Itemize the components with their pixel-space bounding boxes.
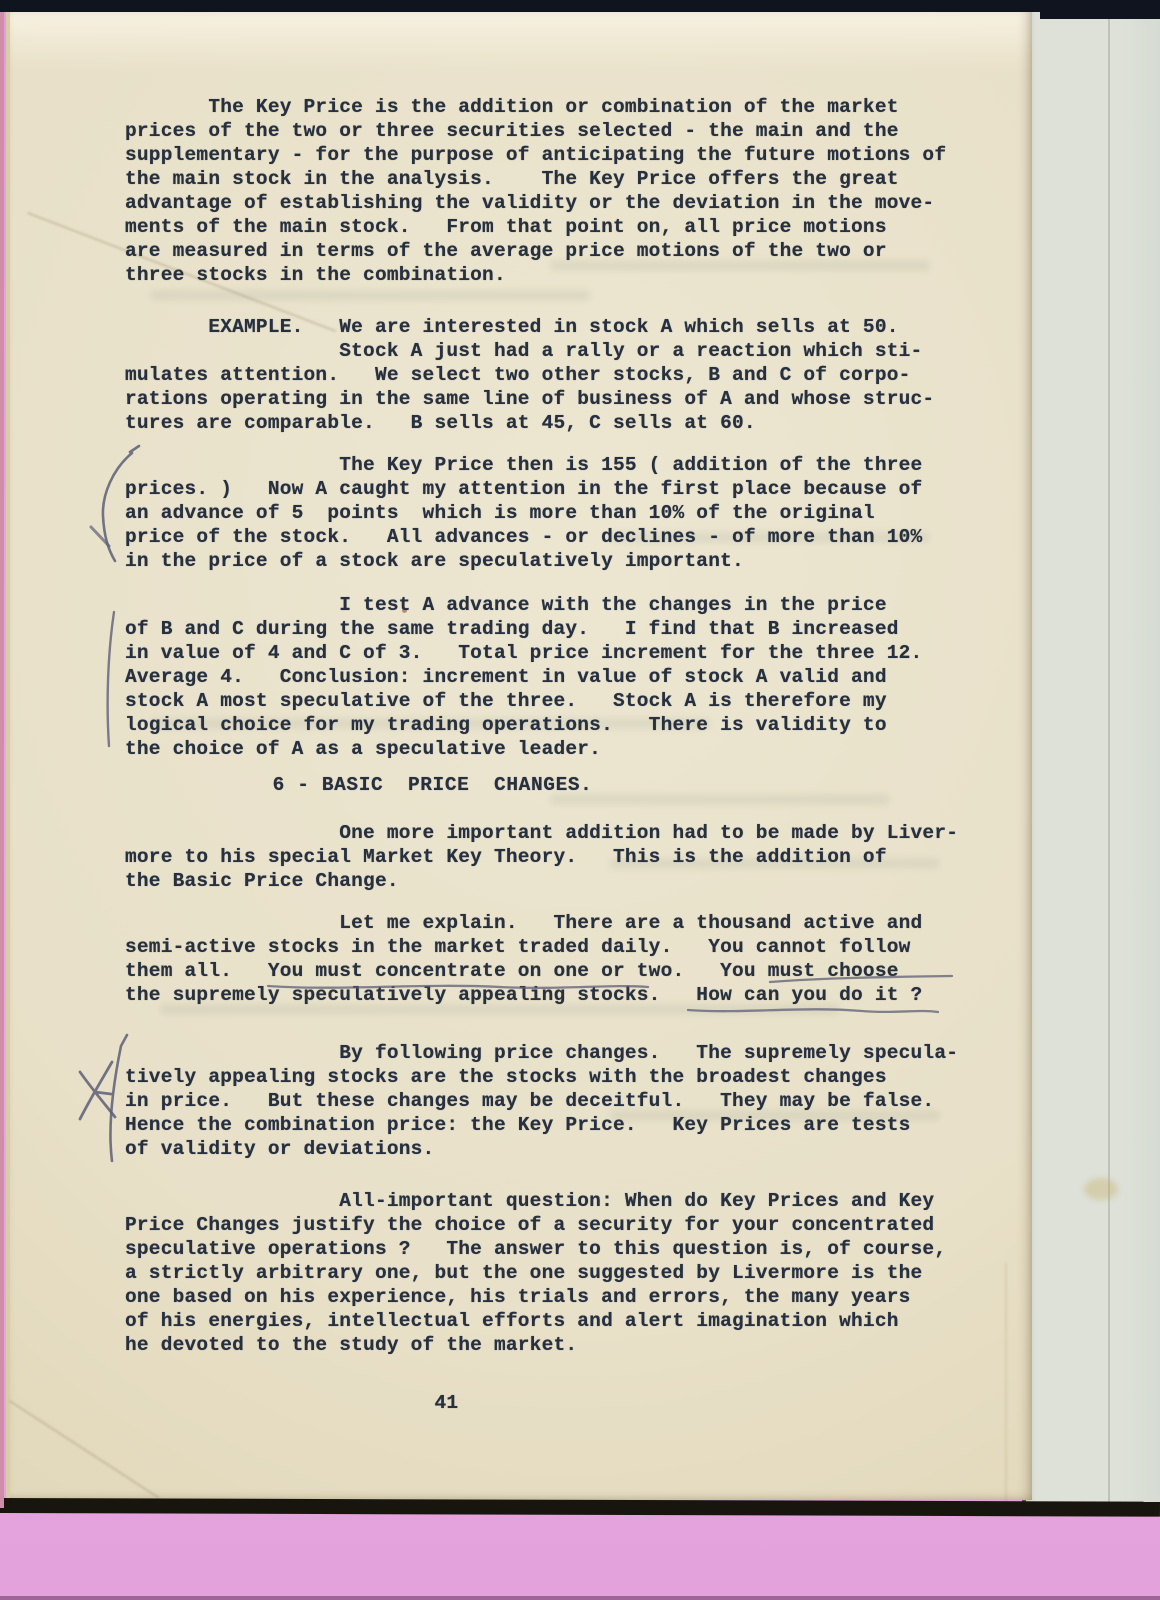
text-line: in the price of a stock are speculativel… (125, 549, 958, 573)
text-line: one based on his experience, his trials … (125, 1285, 958, 1309)
paragraph: All-important question: When do Key Pric… (125, 1189, 958, 1357)
text-line: the Basic Price Change. (125, 869, 958, 893)
text-line: mulates attention. We select two other s… (125, 363, 958, 387)
scan-top-edge-right (1040, 0, 1160, 19)
text-line: The Key Price is the addition or combina… (125, 95, 958, 119)
paragraph: The Key Price then is 155 ( addition of … (125, 453, 958, 573)
text-line: 6 - BASIC PRICE CHANGES. (125, 773, 958, 797)
text-line: in value of 4 and C of 3. Total price in… (125, 641, 958, 665)
text-line: rations operating in the same line of bu… (125, 387, 958, 411)
text-line: One more important addition had to be ma… (125, 821, 958, 845)
book-scan: The Key Price is the addition or combina… (0, 0, 1160, 1600)
text-line: Average 4. Conclusion: increment in valu… (125, 665, 958, 689)
text-line: Let me explain. There are a thousand act… (125, 911, 958, 935)
text-line: The Key Price then is 155 ( addition of … (125, 453, 958, 477)
text-line: stock A most speculative of the three. S… (125, 689, 958, 713)
text-line: supplementary - for the purpose of antic… (125, 143, 958, 167)
text-line: in price. But these changes may be decei… (125, 1089, 958, 1113)
page-edge-crease (1108, 10, 1110, 1502)
text-line: Hence the combination price: the Key Pri… (125, 1113, 958, 1137)
adjacent-page-edge (1022, 10, 1160, 1502)
text-line: three stocks in the combination. (125, 263, 958, 287)
typewritten-page: The Key Price is the addition or combina… (6, 12, 1032, 1500)
text-line: I test A advance with the changes in the… (125, 593, 958, 617)
paragraph: EXAMPLE. We are interested in stock A wh… (125, 315, 958, 435)
scan-bottom-edge (0, 1596, 1160, 1600)
text-line: more to his special Market Key Theory. T… (125, 845, 958, 869)
text-line: prices of the two or three securities se… (125, 119, 958, 143)
backdrop-left-sliver (0, 12, 4, 1508)
text-line: All-important question: When do Key Pric… (125, 1189, 958, 1213)
paragraph: One more important addition had to be ma… (125, 821, 958, 893)
text-line: he devoted to the study of the market. (125, 1333, 958, 1357)
text-line: tures are comparable. B sells at 45, C s… (125, 411, 958, 435)
text-line: ments of the main stock. From that point… (125, 215, 958, 239)
scan-top-edge (0, 0, 1160, 12)
text-line: Price Changes justify the choice of a se… (125, 1213, 958, 1237)
text-line: them all. You must concentrate on one or… (125, 959, 958, 983)
text-line: the choice of A as a speculative leader. (125, 737, 958, 761)
text-line: a strictly arbitrary one, but the one su… (125, 1261, 958, 1285)
text-line: prices. ) Now A caught my attention in t… (125, 477, 958, 501)
text-line: EXAMPLE. We are interested in stock A wh… (125, 315, 958, 339)
paragraph: The Key Price is the addition or combina… (125, 95, 958, 287)
paragraph: By following price changes. The supremel… (125, 1041, 958, 1161)
text-line: are measured in terms of the average pri… (125, 239, 958, 263)
text-line: By following price changes. The supremel… (125, 1041, 958, 1065)
page-number: 41 (125, 1391, 958, 1415)
text-line: price of the stock. All advances - or de… (125, 525, 958, 549)
text-line: the main stock in the analysis. The Key … (125, 167, 958, 191)
text-line: Stock A just had a rally or a reaction w… (125, 339, 958, 363)
paper-crease (1005, 1262, 1007, 1502)
typewritten-text: The Key Price is the addition or combina… (125, 95, 958, 1415)
paragraph: Let me explain. There are a thousand act… (125, 911, 958, 1007)
text-line: semi-active stocks in the market traded … (125, 935, 958, 959)
section-heading: 6 - BASIC PRICE CHANGES. (125, 773, 958, 797)
text-line: speculative operations ? The answer to t… (125, 1237, 958, 1261)
text-line: of B and C during the same trading day. … (125, 617, 958, 641)
text-line: advantage of establishing the validity o… (125, 191, 958, 215)
text-line: 41 (125, 1391, 958, 1415)
text-line: of his energies, intellectual efforts an… (125, 1309, 958, 1333)
paper-stain (1084, 1178, 1118, 1200)
text-line: tively appealing stocks are the stocks w… (125, 1065, 958, 1089)
paragraph: I test A advance with the changes in the… (125, 593, 958, 761)
text-line: of validity or deviations. (125, 1137, 958, 1161)
text-line: an advance of 5 points which is more tha… (125, 501, 958, 525)
text-line: logical choice for my trading operations… (125, 713, 958, 737)
text-line: the supremely speculatively appealing st… (125, 983, 958, 1007)
